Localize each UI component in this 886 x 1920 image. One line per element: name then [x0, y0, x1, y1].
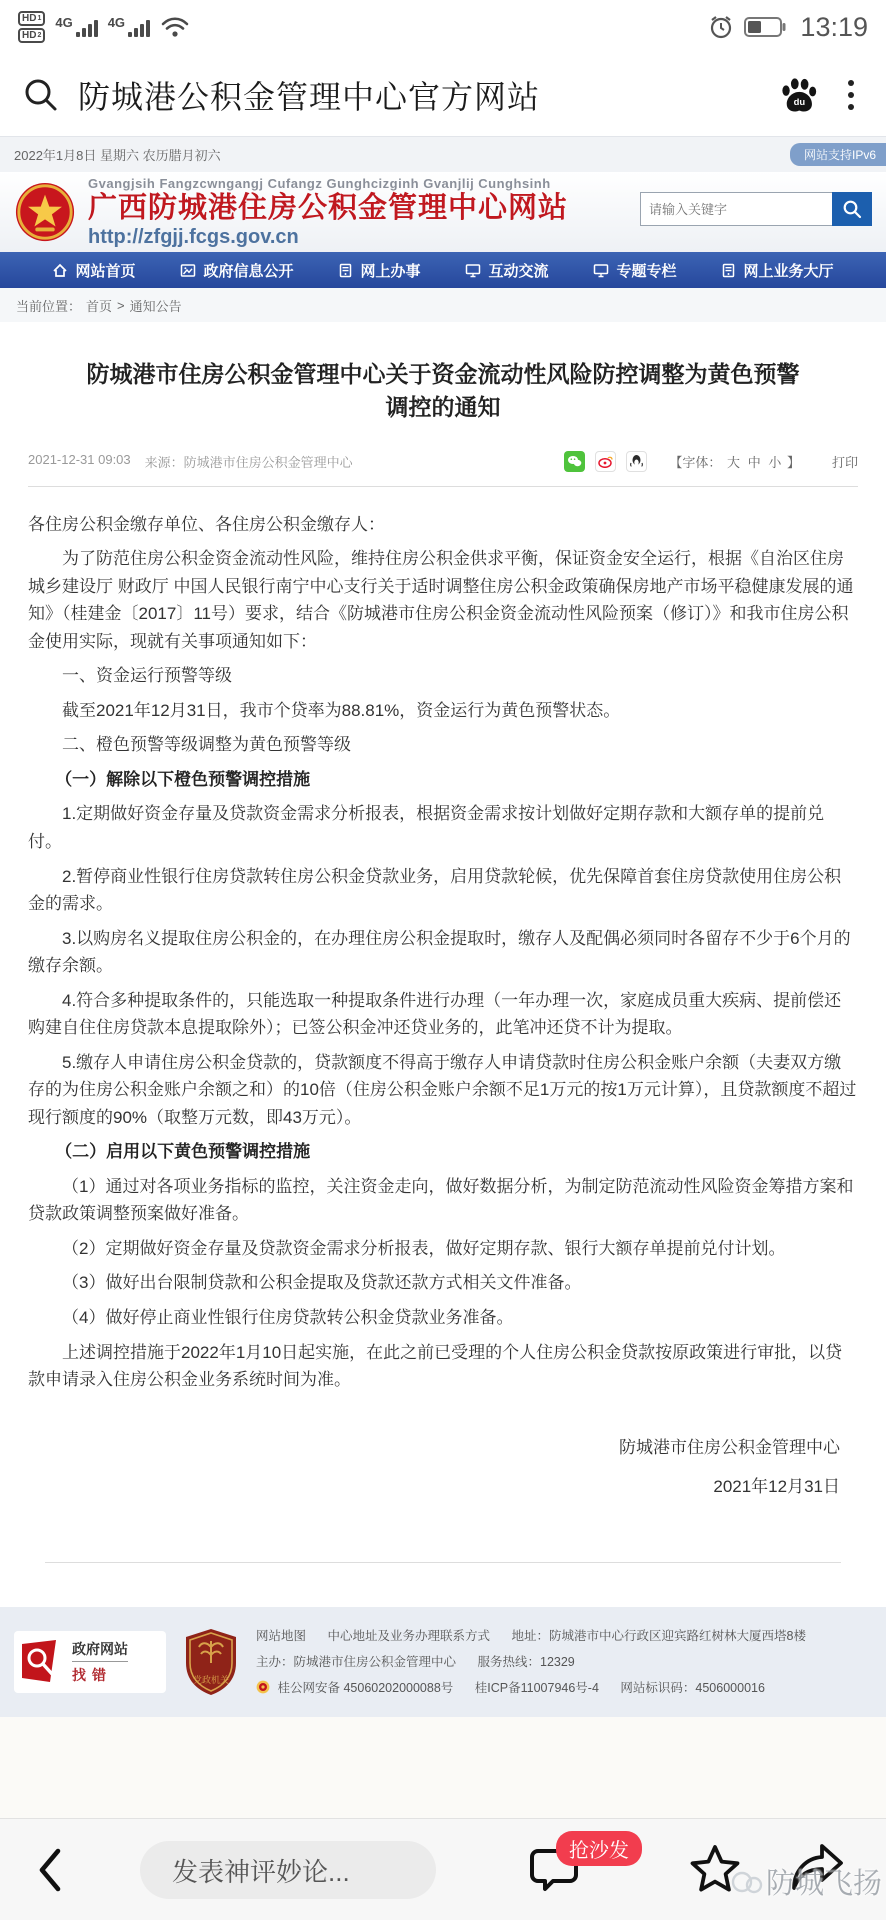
- nav-label: 网上办事: [360, 260, 420, 281]
- paragraph: 各住房公积金缴存单位、各住房公积金缴存人：: [28, 511, 858, 539]
- wechat-share-icon[interactable]: [564, 451, 585, 472]
- article-signature: 防城港市住房公积金管理中心 2021年12月31日: [28, 1428, 858, 1506]
- section-heading: （一）解除以下橙色预警调控措施: [28, 766, 858, 794]
- back-icon[interactable]: [36, 1847, 62, 1893]
- sitemap-link[interactable]: 网站地图: [256, 1629, 306, 1643]
- paragraph: （4）做好停止商业性银行住房贷款转公积金贷款业务准备。: [28, 1304, 858, 1332]
- nav-label: 网站首页: [75, 260, 135, 281]
- cabinet-icon: [338, 263, 353, 278]
- footer-line-1: 网站地图 中心地址及业务办理联系方式 地址：防城港市中心行政区迎宾路红树林大厦西…: [256, 1623, 806, 1649]
- monitor-icon: [465, 263, 481, 278]
- police-record-icon: [256, 1680, 270, 1694]
- clock-time: 13:19: [800, 12, 868, 43]
- home-icon: [52, 263, 68, 278]
- hd2-label: HD: [22, 30, 36, 41]
- browser-query-text[interactable]: 防城港公积金管理中心官方网站: [78, 72, 760, 118]
- nav-item-online-services[interactable]: 网上办事: [338, 260, 420, 281]
- font-size-small-button[interactable]: 小: [768, 455, 781, 470]
- svg-text:du: du: [794, 97, 806, 108]
- badge-text-shield: 党政机关: [193, 1674, 229, 1685]
- article-meta: 2021-12-31 09:03 来源：防城港市住房公积金管理中心 【字体： 大…: [28, 451, 858, 487]
- zhuang-romanization: Gvangjsih Fangzcwngangj Cufangz Gunghciz…: [88, 176, 568, 191]
- nav-item-home[interactable]: 网站首页: [52, 260, 135, 281]
- icp-number[interactable]: 桂ICP备11007946号-4: [475, 1681, 599, 1695]
- status-bar: HD1 HD2 4G 4G 13:19: [0, 0, 886, 54]
- site-code: 网站标识码：4506000016: [620, 1681, 765, 1695]
- font-size-medium-button[interactable]: 中: [748, 455, 761, 470]
- site-url[interactable]: http://zfgjj.fcgs.gov.cn: [88, 225, 568, 249]
- national-emblem-icon: [14, 181, 76, 243]
- picture-icon: [180, 263, 196, 278]
- badge-text-find-error: 找错: [72, 1665, 128, 1685]
- page-gap: [0, 1717, 886, 1818]
- baidu-logo-icon[interactable]: du: [778, 74, 820, 116]
- hd-indicators: HD1 HD2: [18, 11, 45, 43]
- paragraph: （2）定期做好资金存量及贷款资金需求分析报表，做好定期存款、银行大额存单提前兑付…: [28, 1235, 858, 1263]
- hd2-sub: 2: [37, 30, 41, 41]
- section-heading: （二）启用以下黄色预警调控措施: [28, 1138, 858, 1166]
- qq-share-icon[interactable]: [626, 451, 647, 472]
- share-icon[interactable]: [788, 1841, 846, 1895]
- signature-org: 防城港市住房公积金管理中心: [28, 1428, 840, 1467]
- paragraph: 一、资金运行预警等级: [28, 662, 858, 690]
- breadcrumb-prefix: 当前位置：: [16, 296, 81, 315]
- content-end-spacer: [0, 1563, 886, 1607]
- nav-item-gov-info[interactable]: 政府信息公开: [180, 260, 293, 281]
- footer-host: 主办：防城港市住房公积金管理中心: [256, 1655, 456, 1669]
- site-header: Gvangjsih Fangzcwngangj Cufangz Gunghciz…: [0, 172, 886, 252]
- nav-label: 互动交流: [488, 260, 548, 281]
- comment-input[interactable]: 发表神评妙论...: [140, 1841, 436, 1899]
- nav-label: 专题专栏: [616, 260, 676, 281]
- favorite-star-icon[interactable]: [688, 1843, 742, 1895]
- battery-icon: [744, 16, 786, 38]
- net-type-1-label: 4G: [55, 17, 72, 29]
- font-label-close: 】: [787, 455, 800, 470]
- paragraph: （3）做好出台限制贷款和公积金提取及贷款还款方式相关文件准备。: [28, 1269, 858, 1297]
- wifi-icon: [160, 15, 190, 39]
- bottom-app-bar: 发表神评妙论... 抢沙发 防城飞扬: [0, 1818, 886, 1920]
- police-record-number[interactable]: 桂公网安备 45060202000088号: [277, 1681, 453, 1695]
- paragraph: 上述调控措施于2022年1月10日起实施，在此之前已受理的个人住房公积金贷款按原…: [28, 1339, 858, 1394]
- article-body: 各住房公积金缴存单位、各住房公积金缴存人： 为了防范住房公积金资金流动性风险，维…: [28, 511, 858, 1394]
- article-title: 防城港市住房公积金管理中心关于资金流动性风险防控调整为黄色预警调控的通知: [78, 358, 808, 425]
- contact-link[interactable]: 中心地址及业务办理联系方式: [328, 1629, 491, 1643]
- nav-item-business-hall[interactable]: 网上业务大厅: [721, 260, 833, 281]
- nav-label: 政府信息公开: [203, 260, 293, 281]
- footer-address: 地址：防城港市中心行政区迎宾路红树林大厦西塔8楼: [512, 1629, 806, 1643]
- print-button[interactable]: 打印: [832, 452, 858, 471]
- paragraph: 二、橙色预警等级调整为黄色预警等级: [28, 731, 858, 759]
- browser-menu-icon[interactable]: [838, 76, 864, 114]
- paragraph: 截至2021年12月31日，我市个贷率为88.81%，资金运行为黄色预警状态。: [28, 697, 858, 725]
- site-search-button[interactable]: [832, 192, 872, 226]
- ipv6-support-badge[interactable]: 网站支持IPv6: [790, 143, 886, 166]
- monitor-icon: [593, 263, 609, 278]
- article: 防城港市住房公积金管理中心关于资金流动性风险防控调整为黄色预警调控的通知 202…: [0, 322, 886, 1563]
- signal-2: 4G: [108, 17, 150, 37]
- paragraph: 1.定期做好资金存量及贷款资金需求分析报表，根据资金需求按计划做好定期存款和大额…: [28, 800, 858, 855]
- breadcrumb-separator: >: [117, 298, 125, 313]
- alarm-icon: [708, 14, 734, 40]
- site-title: 广西防城港住房公积金管理中心网站: [88, 191, 568, 225]
- party-gov-shield-icon[interactable]: 党政机关: [182, 1627, 240, 1697]
- font-size-widget: 【字体： 大 中 小 】: [669, 452, 800, 471]
- signal-bars-icon: [128, 20, 150, 37]
- paragraph: 5.缴存人申请住房公积金贷款的，贷款额度不得高于缴存人申请贷款时住房公积金账户余…: [28, 1049, 858, 1132]
- footer-line-2: 主办：防城港市住房公积金管理中心 服务热线：12329: [256, 1649, 806, 1675]
- paragraph: 4.符合多种提取条件的，只能选取一种提取条件进行办理（一年办理一次，家庭成员重大…: [28, 987, 858, 1042]
- breadcrumb: 当前位置： 首页 > 通知公告: [0, 288, 886, 322]
- nav-item-interaction[interactable]: 互动交流: [465, 260, 548, 281]
- publish-datetime: 2021-12-31 09:03: [28, 452, 131, 471]
- nav-item-topics[interactable]: 专题专栏: [593, 260, 676, 281]
- gov-site-error-report-badge[interactable]: 政府网站 找错: [14, 1631, 166, 1693]
- first-comment-badge[interactable]: 抢沙发: [556, 1831, 642, 1866]
- net-type-2-label: 4G: [108, 17, 125, 29]
- paragraph: （1）通过对各项业务指标的监控，关注资金走向，做好数据分析，为制定防范流动性风险…: [28, 1173, 858, 1228]
- font-label-open: 【字体：: [669, 455, 721, 470]
- browser-search-bar[interactable]: 防城港公积金管理中心官方网站 du: [0, 54, 886, 136]
- weibo-share-icon[interactable]: [595, 451, 616, 472]
- breadcrumb-home-link[interactable]: 首页: [86, 296, 112, 315]
- paragraph: 3.以购房名义提取住房公积金的，在办理住房公积金提取时，缴存人及配偶必须同时各留…: [28, 925, 858, 980]
- paragraph: 为了防范住房公积金资金流动性风险，维持住房公积金供求平衡，保证资金安全运行，根据…: [28, 545, 858, 655]
- search-icon: [842, 199, 862, 219]
- badge-text-gov-site: 政府网站: [72, 1639, 128, 1662]
- find-error-icon: [20, 1638, 66, 1686]
- site-footer: 政府网站 找错 党政机关 网站地图 中心地址及业务办理联系方式 地址：防城港市中…: [0, 1607, 886, 1717]
- nav-label: 网上业务大厅: [743, 260, 833, 281]
- footer-hotline: 服务热线：12329: [478, 1655, 575, 1669]
- signature-date: 2021年12月31日: [28, 1467, 840, 1506]
- font-size-large-button[interactable]: 大: [727, 455, 740, 470]
- cabinet-icon: [721, 263, 736, 278]
- footer-line-3: 桂公网安备 45060202000088号 桂ICP备11007946号-4 网…: [256, 1675, 806, 1701]
- article-source: 来源：防城港市住房公积金管理中心: [145, 452, 353, 471]
- search-icon: [22, 76, 60, 114]
- lunar-date-text: 2022年1月8日 星期六 农历腊月初六: [14, 145, 221, 164]
- site-search-input[interactable]: [640, 192, 832, 226]
- paragraph: 2.暂停商业性银行住房贷款转住房公积金贷款业务，启用贷款轮候，优先保障首套住房贷…: [28, 863, 858, 918]
- signal-1: 4G: [55, 17, 97, 37]
- hd1-sub: 1: [37, 13, 41, 24]
- hd1-label: HD: [22, 13, 36, 24]
- breadcrumb-current-link[interactable]: 通知公告: [130, 296, 182, 315]
- date-bar: 2022年1月8日 星期六 农历腊月初六 网站支持IPv6: [0, 136, 886, 172]
- signal-bars-icon: [76, 20, 98, 37]
- main-nav: 网站首页 政府信息公开 网上办事 互动交流 专题专栏 网上业务大厅: [0, 252, 886, 288]
